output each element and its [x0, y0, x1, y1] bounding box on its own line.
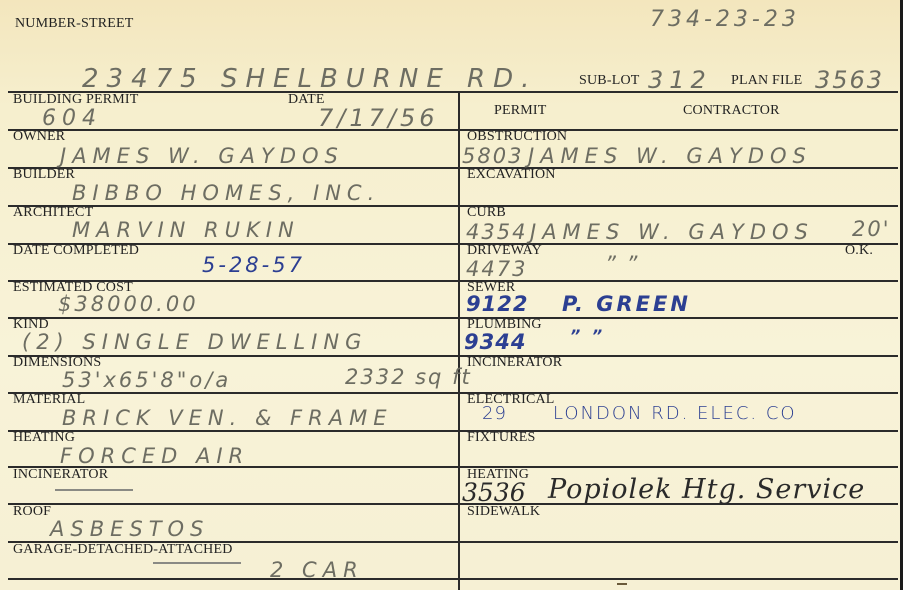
- column-divider: [458, 91, 460, 590]
- driveway-contractor: ” ”: [605, 254, 639, 275]
- kind-value: (2) SINGLE DWELLING: [22, 332, 367, 353]
- curb-permit: 4354: [466, 222, 527, 243]
- permit-record-card: NUMBER-STREET 734-23-23 23475 SHELBURNE …: [0, 0, 903, 590]
- reference-number: 734-23-23: [650, 9, 800, 31]
- contractor-column-header: CONTRACTOR: [683, 104, 780, 118]
- owner-value: JAMES W. GAYDOS: [60, 146, 344, 167]
- rule-line: [8, 129, 898, 131]
- paper-mark: [617, 583, 627, 585]
- plumbing-contractor: ” ”: [570, 328, 605, 344]
- plan-file-value: 3563: [815, 68, 884, 92]
- estimated-cost-value: $38000.00: [58, 294, 199, 315]
- rule-line: [8, 91, 898, 93]
- permit-column-header: PERMIT: [494, 104, 547, 118]
- curb-label: CURB: [467, 206, 506, 220]
- builder-value: BIBBO HOMES, INC.: [72, 183, 380, 204]
- plan-file-label: PLAN FILE: [731, 74, 802, 88]
- date-completed-label: DATE COMPLETED: [13, 244, 139, 258]
- heating-contractor: Popiolek Htg. Service: [548, 476, 865, 503]
- electrical-label: ELECTRICAL: [467, 393, 555, 407]
- rule-line: [8, 578, 898, 580]
- rule-line: [8, 317, 898, 319]
- incinerator-label: INCINERATOR: [13, 468, 108, 482]
- rule-line: [8, 280, 898, 282]
- driveway-permit: 4473: [466, 259, 527, 280]
- material-value: BRICK VEN. & FRAME: [62, 408, 392, 429]
- number-street-label: NUMBER-STREET: [15, 17, 134, 31]
- rule-line: [8, 430, 898, 432]
- builder-label: BUILDER: [13, 168, 75, 182]
- blank-dash: [55, 489, 133, 491]
- excavation-label: EXCAVATION: [467, 168, 556, 182]
- date-completed-value: 5-28-57: [202, 255, 305, 276]
- owner-label: OWNER: [13, 130, 65, 144]
- architect-value: MARVIN RUKIN: [72, 220, 300, 241]
- curb-contractor: JAMES W. GAYDOS: [530, 222, 814, 243]
- plumbing-permit: 9344: [464, 332, 526, 353]
- rule-line: [8, 205, 898, 207]
- sub-lot-value: 312: [648, 68, 712, 92]
- dimensions-value: 53'x65'8"o/a: [62, 370, 231, 391]
- incinerator-permit-label: INCINERATOR: [467, 356, 562, 370]
- driveway-label: DRIVEWAY: [467, 244, 542, 258]
- dimensions-area: 2332 sq ft: [345, 367, 472, 388]
- garage-value: 2 CAR: [270, 560, 364, 581]
- curb-note: 20': [852, 219, 891, 240]
- obstruction-contractor: JAMES W. GAYDOS: [528, 146, 812, 167]
- rule-line: [8, 355, 898, 357]
- building-permit-value: 604: [42, 108, 102, 130]
- sub-lot-label: SUB-LOT: [579, 74, 640, 88]
- roof-value: ASBESTOS: [50, 519, 209, 540]
- date-value: 7/17/56: [318, 106, 439, 130]
- blank-dash: [153, 562, 241, 564]
- sewer-permit: 9122: [466, 294, 528, 315]
- garage-label: GARAGE-DETACHED-ATTACHED: [13, 543, 233, 557]
- driveway-note: O.K.: [845, 244, 873, 258]
- material-label: MATERIAL: [13, 393, 85, 407]
- building-permit-label: BUILDING PERMIT: [13, 93, 139, 107]
- sewer-contractor: P. GREEN: [562, 294, 691, 315]
- electrical-contractor: LONDON RD. ELEC. CO: [553, 405, 797, 423]
- obstruction-label: OBSTRUCTION: [467, 130, 567, 144]
- rule-line: [8, 392, 898, 394]
- electrical-permit: 29: [482, 405, 507, 423]
- obstruction-permit: 5803: [462, 146, 523, 167]
- roof-label: ROOF: [13, 505, 51, 519]
- fixtures-label: FIXTURES: [467, 431, 536, 445]
- address-value: 23475 SHELBURNE RD.: [82, 66, 537, 92]
- heating-value: FORCED AIR: [60, 446, 249, 467]
- heating-permit-number: 3536: [462, 480, 526, 505]
- heating-label: HEATING: [13, 431, 75, 445]
- sidewalk-label: SIDEWALK: [467, 505, 540, 519]
